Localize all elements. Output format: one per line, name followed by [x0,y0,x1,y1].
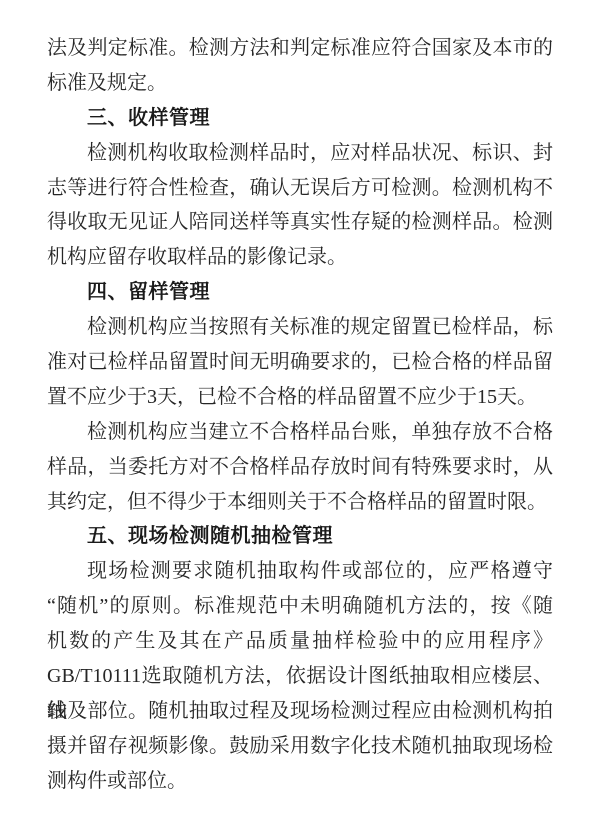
text-line: 准对已检样品留置时间无明确要求的，已检合格的样品留 [47,345,553,380]
text-line: 标准及规定。 [47,66,553,101]
text-line: 法及判定标准。检测方法和判定标准应符合国家及本市的 [47,31,553,66]
text-line: 检测机构收取检测样品时，应对样品状况、标识、封 [47,136,553,171]
text-line: 检测机构应当建立不合格样品台账，单独存放不合格 [47,415,553,450]
section-heading-5: 五、现场检测随机抽检管理 [47,519,553,554]
text-line: “随机”的原则。标准规范中未明确随机方法的，按《随 [47,589,553,624]
text-line: 志等进行符合性检查，确认无误后方可检测。检测机构不 [47,171,553,206]
text-line: 得收取无见证人陪同送样等真实性存疑的检测样品。检测 [47,205,553,240]
text-line: GB/T10111选取随机方法，依据设计图纸抽取相应楼层、轴 [47,659,553,694]
text-line: 机构应留存收取样品的影像记录。 [47,240,553,275]
text-line: 检测机构应当按照有关标准的规定留置已检样品，标 [47,310,553,345]
section-heading-4: 四、留样管理 [47,275,553,310]
text-line: 测构件或部位。 [47,764,553,799]
text-line: 机数的产生及其在产品质量抽样检验中的应用程序》 [47,624,553,659]
text-line: 现场检测要求随机抽取构件或部位的，应严格遵守 [47,554,553,589]
text-line: 置不应少于3天，已检不合格的样品留置不应少于15天。 [47,380,553,415]
text-line: 线及部位。随机抽取过程及现场检测过程应由检测机构拍 [47,694,553,729]
section-heading-3: 三、收样管理 [47,101,553,136]
text-line: 样品，当委托方对不合格样品存放时间有特殊要求时，从 [47,450,553,485]
text-line: 摄并留存视频影像。鼓励采用数字化技术随机抽取现场检 [47,729,553,764]
text-line: 其约定，但不得少于本细则关于不合格样品的留置时限。 [47,485,553,520]
document-page: 法及判定标准。检测方法和判定标准应符合国家及本市的 标准及规定。 三、收样管理 … [0,0,600,837]
